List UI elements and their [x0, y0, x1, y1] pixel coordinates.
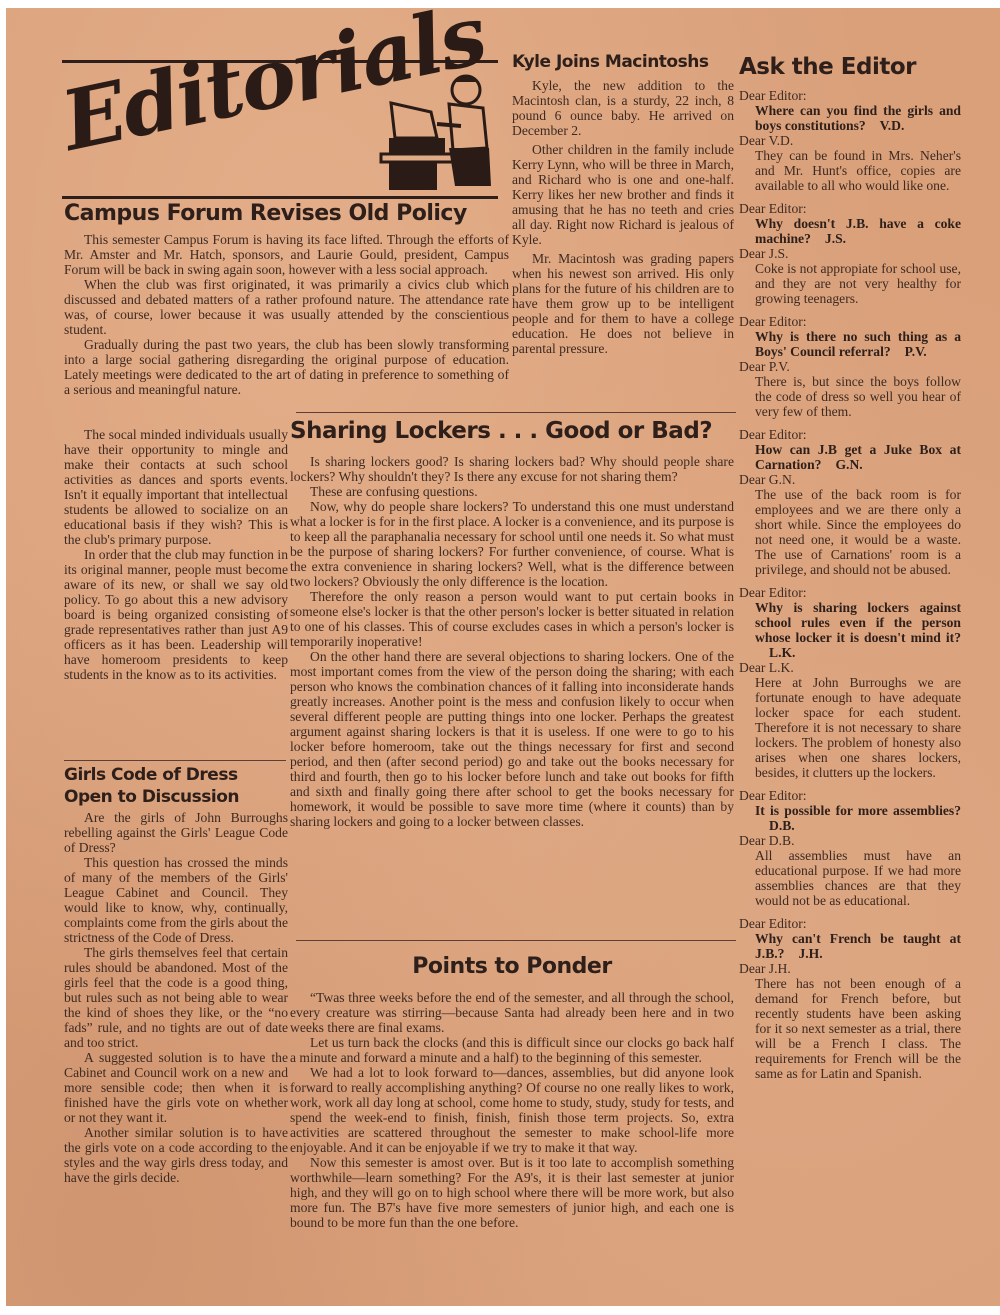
question-signature: D.B. — [769, 818, 795, 833]
article-paragraph: This semester Campus Forum is having its… — [64, 232, 509, 277]
reply-salutation: Dear V.D. — [739, 133, 961, 148]
ponder-headline: Points to Ponder — [290, 954, 734, 979]
letter-question: Why is sharing lockers against school ru… — [739, 600, 961, 660]
article-paragraph: The socal minded individuals usually hav… — [64, 427, 288, 547]
letter-question: How can J.B get a Juke Box at Carnation?… — [739, 442, 961, 472]
letter-question: Where can you find the girls and boys co… — [739, 103, 961, 133]
letter-salutation: Dear Editor: — [739, 427, 961, 442]
ask-editor-letter: Dear Editor: Why doesn't J.B. have a cok… — [739, 201, 961, 306]
reply-salutation: Dear P.V. — [739, 359, 961, 374]
question-signature: J.S. — [825, 231, 846, 246]
article-paragraph: Now this semester is amost over. But is … — [290, 1155, 734, 1230]
reply-salutation: Dear J.H. — [739, 961, 961, 976]
letter-salutation: Dear Editor: — [739, 788, 961, 803]
letter-question: Why doesn't J.B. have a coke machine?J.S… — [739, 216, 961, 246]
section-divider — [296, 940, 736, 941]
article-paragraph: Other children in the family include Ker… — [512, 142, 734, 247]
girls-code-headline: Girls Code of Dress Open to Discussion — [64, 764, 239, 808]
letter-salutation: Dear Editor: — [739, 916, 961, 931]
article-paragraph: Gradually during the past two years, the… — [64, 337, 509, 397]
question-signature: G.N. — [835, 457, 862, 472]
reply-salutation: Dear G.N. — [739, 472, 961, 487]
masthead: Editorials — [68, 74, 408, 194]
question-signature: L.K. — [769, 645, 795, 660]
masthead-bottom-rule — [62, 196, 498, 199]
article-paragraph: We had a lot to look forward to—dances, … — [290, 1065, 734, 1155]
section-divider — [64, 760, 286, 761]
letter-salutation: Dear Editor: — [739, 201, 961, 216]
question-text: Why is sharing lockers against school ru… — [755, 600, 961, 645]
letter-salutation: Dear Editor: — [739, 88, 961, 103]
article-paragraph: The girls themselves feel that certain r… — [64, 945, 288, 1050]
girls-code-article: Are the girls of John Burroughs rebellin… — [64, 810, 288, 1185]
letter-question: Why can't French be taught at J.B.?J.H. — [739, 931, 961, 961]
article-paragraph: Now, why do people share lockers? To und… — [290, 499, 734, 589]
section-divider — [296, 412, 736, 413]
reply-answer: The use of the back room is for employee… — [739, 487, 961, 577]
letter-question: It is possible for more assemblies?D.B. — [739, 803, 961, 833]
letter-salutation: Dear Editor: — [739, 314, 961, 329]
reply-answer: There is, but since the boys follow the … — [739, 374, 961, 419]
girls-code-headline-line1: Girls Code of Dress — [64, 765, 238, 785]
question-text: Why is there no such thing as a Boys' Co… — [755, 329, 961, 359]
reply-salutation: Dear J.S. — [739, 246, 961, 261]
ask-editor-letter: Dear Editor: Why can't French be taught … — [739, 916, 961, 1081]
question-signature: V.D. — [880, 118, 905, 133]
newspaper-page: Editorials Campus Forum Revises Old Poli… — [6, 8, 1000, 1306]
article-paragraph: Is sharing lockers good? Is sharing lock… — [290, 454, 734, 484]
ask-editor-headline: Ask the Editor — [739, 54, 916, 80]
kyle-headline: Kyle Joins Macintoshs — [512, 52, 708, 72]
article-paragraph: Let us turn back the clocks (and this is… — [290, 1035, 734, 1065]
article-paragraph: These are confusing questions. — [290, 484, 734, 499]
campus-forum-article-narrow: The socal minded individuals usually hav… — [64, 427, 288, 682]
typist-at-typewriter-icon — [371, 68, 496, 193]
reply-salutation: Dear D.B. — [739, 833, 961, 848]
reply-answer: All assemblies must have an educational … — [739, 848, 961, 908]
question-text: It is possible for more assemblies? — [755, 803, 961, 818]
question-signature: J.H. — [798, 946, 822, 961]
reply-answer: They can be found in Mrs. Neher's and Mr… — [739, 148, 961, 193]
ask-editor-column: Dear Editor: Where can you find the girl… — [739, 88, 961, 1089]
article-paragraph: On the other hand there are several obje… — [290, 649, 734, 829]
article-paragraph: This question has crossed the minds of m… — [64, 855, 288, 945]
question-text: Where can you find the girls and boys co… — [755, 103, 961, 133]
article-paragraph: “Twas three weeks before the end of the … — [290, 990, 734, 1035]
reply-answer: There has not been enough of a demand fo… — [739, 976, 961, 1081]
article-paragraph: Kyle, the new addition to the Macintosh … — [512, 78, 734, 138]
reply-answer: Coke is not appropiate for school use, a… — [739, 261, 961, 306]
article-paragraph: When the club was first originated, it w… — [64, 277, 509, 337]
campus-forum-article-wide: This semester Campus Forum is having its… — [64, 232, 509, 397]
letter-question: Why is there no such thing as a Boys' Co… — [739, 329, 961, 359]
ask-editor-letter: Dear Editor: How can J.B get a Juke Box … — [739, 427, 961, 577]
ask-editor-letter: Dear Editor: Why is sharing lockers agai… — [739, 585, 961, 780]
article-paragraph: Therefore the only reason a person would… — [290, 589, 734, 649]
kyle-article: Kyle, the new addition to the Macintosh … — [512, 78, 734, 356]
campus-forum-headline: Campus Forum Revises Old Policy — [64, 201, 467, 226]
lockers-article: Is sharing lockers good? Is sharing lock… — [290, 454, 734, 829]
article-paragraph: Another similar solution is to have the … — [64, 1125, 288, 1185]
ponder-article: “Twas three weeks before the end of the … — [290, 990, 734, 1230]
article-paragraph: Mr. Macintosh was grading papers when hi… — [512, 251, 734, 356]
article-paragraph: In order that the club may function in i… — [64, 547, 288, 682]
question-text: Why doesn't J.B. have a coke machine? — [755, 216, 961, 246]
question-text: Why can't French be taught at J.B.? — [755, 931, 961, 961]
reply-salutation: Dear L.K. — [739, 660, 961, 675]
letter-salutation: Dear Editor: — [739, 585, 961, 600]
article-paragraph: Are the girls of John Burroughs rebellin… — [64, 810, 288, 855]
question-signature: P.V. — [905, 344, 927, 359]
reply-answer: Here at John Burroughs we are fortunate … — [739, 675, 961, 780]
girls-code-headline-line2: Open to Discussion — [64, 787, 239, 807]
ask-editor-letter: Dear Editor: Why is there no such thing … — [739, 314, 961, 419]
lockers-headline: Sharing Lockers . . . Good or Bad? — [290, 418, 712, 444]
ask-editor-letter: Dear Editor: It is possible for more ass… — [739, 788, 961, 908]
article-paragraph: A suggested solution is to have the Cabi… — [64, 1050, 288, 1125]
ask-editor-letter: Dear Editor: Where can you find the girl… — [739, 88, 961, 193]
